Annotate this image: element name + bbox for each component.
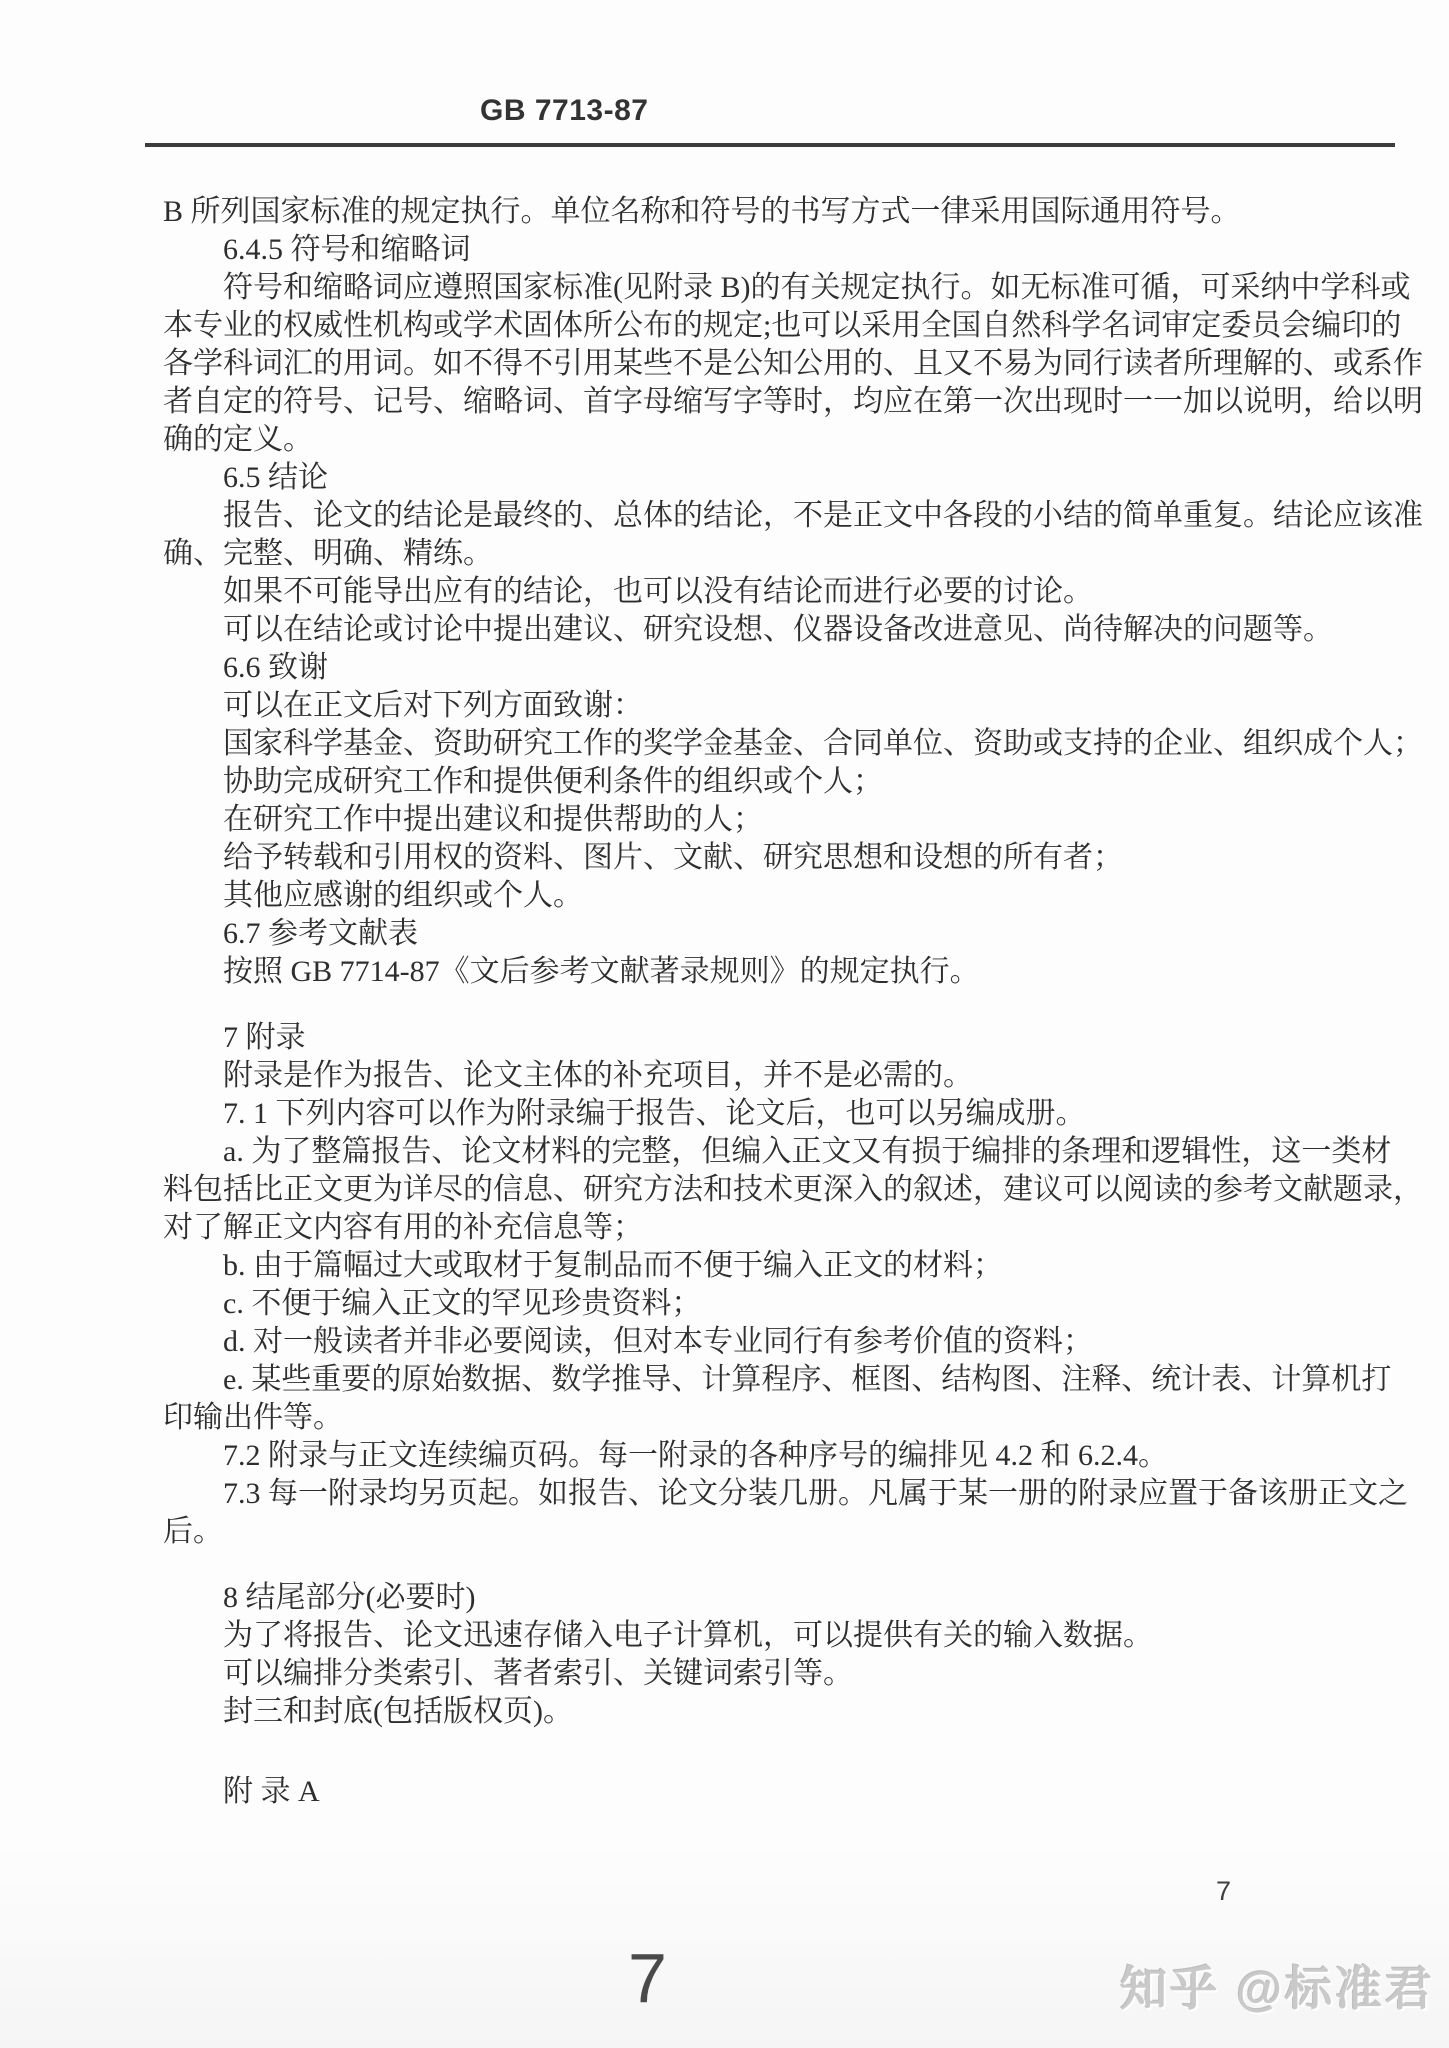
text-line: 可以编排分类索引、著者索引、关键词索引等。 [163, 1655, 1409, 1693]
text-line: c. 不便于编入正文的罕见珍贵资料； [163, 1285, 1409, 1323]
text-line: 8 结尾部分(必要时) [163, 1579, 1409, 1617]
text-line: d. 对一般读者并非必要阅读，但对本专业同行有参考价值的资料； [163, 1323, 1409, 1361]
text-line: 者自定的符号、记号、缩略词、首字母缩写字等时，均应在第一次出现时一一加以说明，给… [163, 383, 1409, 421]
text-line: 符号和缩略词应遵照国家标准(见附录 B)的有关规定执行。如无标准可循，可采纳中学… [163, 269, 1409, 307]
text-line: 7.3 每一附录均另页起。如报告、论文分装几册。凡属于某一册的附录应置于备该册正… [163, 1475, 1409, 1513]
text-line: 印输出件等。 [163, 1399, 1409, 1437]
text-line: 附录是作为报告、论文主体的补充项目，并不是必需的。 [163, 1057, 1409, 1095]
text-line: 协助完成研究工作和提供便利条件的组织或个人； [163, 763, 1409, 801]
text-line: 6.5 结论 [163, 459, 1409, 497]
page-number-small: 7 [1216, 1876, 1231, 1907]
text-line: 后。 [163, 1513, 1409, 1551]
text-line: 各学科词汇的用词。如不得不引用某些不是公知公用的、且又不易为同行读者所理解的、或… [163, 345, 1409, 383]
text-line: 给予转载和引用权的资料、图片、文献、研究思想和设想的所有者； [163, 839, 1409, 877]
text-line: 可以在正文后对下列方面致谢： [163, 687, 1409, 725]
text-line: B 所列国家标准的规定执行。单位名称和符号的书写方式一律采用国际通用符号。 [163, 193, 1409, 231]
text-line: 其他应感谢的组织或个人。 [163, 877, 1409, 915]
scanned-document-page: GB 7713-87 B 所列国家标准的规定执行。单位名称和符号的书写方式一律采… [0, 0, 1449, 2048]
text-line: 6.4.5 符号和缩略词 [163, 231, 1409, 269]
text-line: 国家科学基金、资助研究工作的奖学金基金、合同单位、资助或支持的企业、组织成个人； [163, 725, 1409, 763]
text-line: 本专业的权威性机构或学术固体所公布的规定;也可以采用全国自然科学名词审定委员会编… [163, 307, 1409, 345]
text-line: 如果不可能导出应有的结论，也可以没有结论而进行必要的讨论。 [163, 573, 1409, 611]
header-rule [145, 143, 1395, 147]
text-line: 附 录 A [163, 1773, 1409, 1811]
text-line: 确、完整、明确、精练。 [163, 535, 1409, 573]
text-line: 按照 GB 7714-87《文后参考文献著录规则》的规定执行。 [163, 953, 1409, 991]
text-line: 料包括比正文更为详尽的信息、研究方法和技术更深入的叙述，建议可以阅读的参考文献题… [163, 1171, 1409, 1209]
text-line: 报告、论文的结论是最终的、总体的结论，不是正文中各段的小结的简单重复。结论应该准 [163, 497, 1409, 535]
text-line: 在研究工作中提出建议和提供帮助的人； [163, 801, 1409, 839]
document-body: B 所列国家标准的规定执行。单位名称和符号的书写方式一律采用国际通用符号。6.4… [163, 193, 1409, 1811]
text-line: 封三和封底(包括版权页)。 [163, 1693, 1409, 1731]
page-number-large: 7 [628, 1938, 667, 2018]
text-line: 可以在结论或讨论中提出建议、研究设想、仪器设备改进意见、尚待解决的问题等。 [163, 611, 1409, 649]
text-line: 确的定义。 [163, 421, 1409, 459]
text-line: 对了解正文内容有用的补充信息等； [163, 1209, 1409, 1247]
header-standard-number: GB 7713-87 [480, 94, 648, 128]
text-line: a. 为了整篇报告、论文材料的完整，但编入正文又有损于编排的条理和逻辑性，这一类… [163, 1133, 1409, 1171]
text-line: 7 附录 [163, 1019, 1409, 1057]
text-line: b. 由于篇幅过大或取材于复制品而不便于编入正文的材料； [163, 1247, 1409, 1285]
text-line: e. 某些重要的原始数据、数学推导、计算程序、框图、结构图、注释、统计表、计算机… [163, 1361, 1409, 1399]
text-line: 7.2 附录与正文连续编页码。每一附录的各种序号的编排见 4.2 和 6.2.4… [163, 1437, 1409, 1475]
text-line: 为了将报告、论文迅速存储入电子计算机，可以提供有关的输入数据。 [163, 1617, 1409, 1655]
text-line: 6.7 参考文献表 [163, 915, 1409, 953]
text-line: 7. 1 下列内容可以作为附录编于报告、论文后，也可以另编成册。 [163, 1095, 1409, 1133]
watermark: 知乎 @标准君 [1120, 1952, 1435, 2019]
text-line: 6.6 致谢 [163, 649, 1409, 687]
